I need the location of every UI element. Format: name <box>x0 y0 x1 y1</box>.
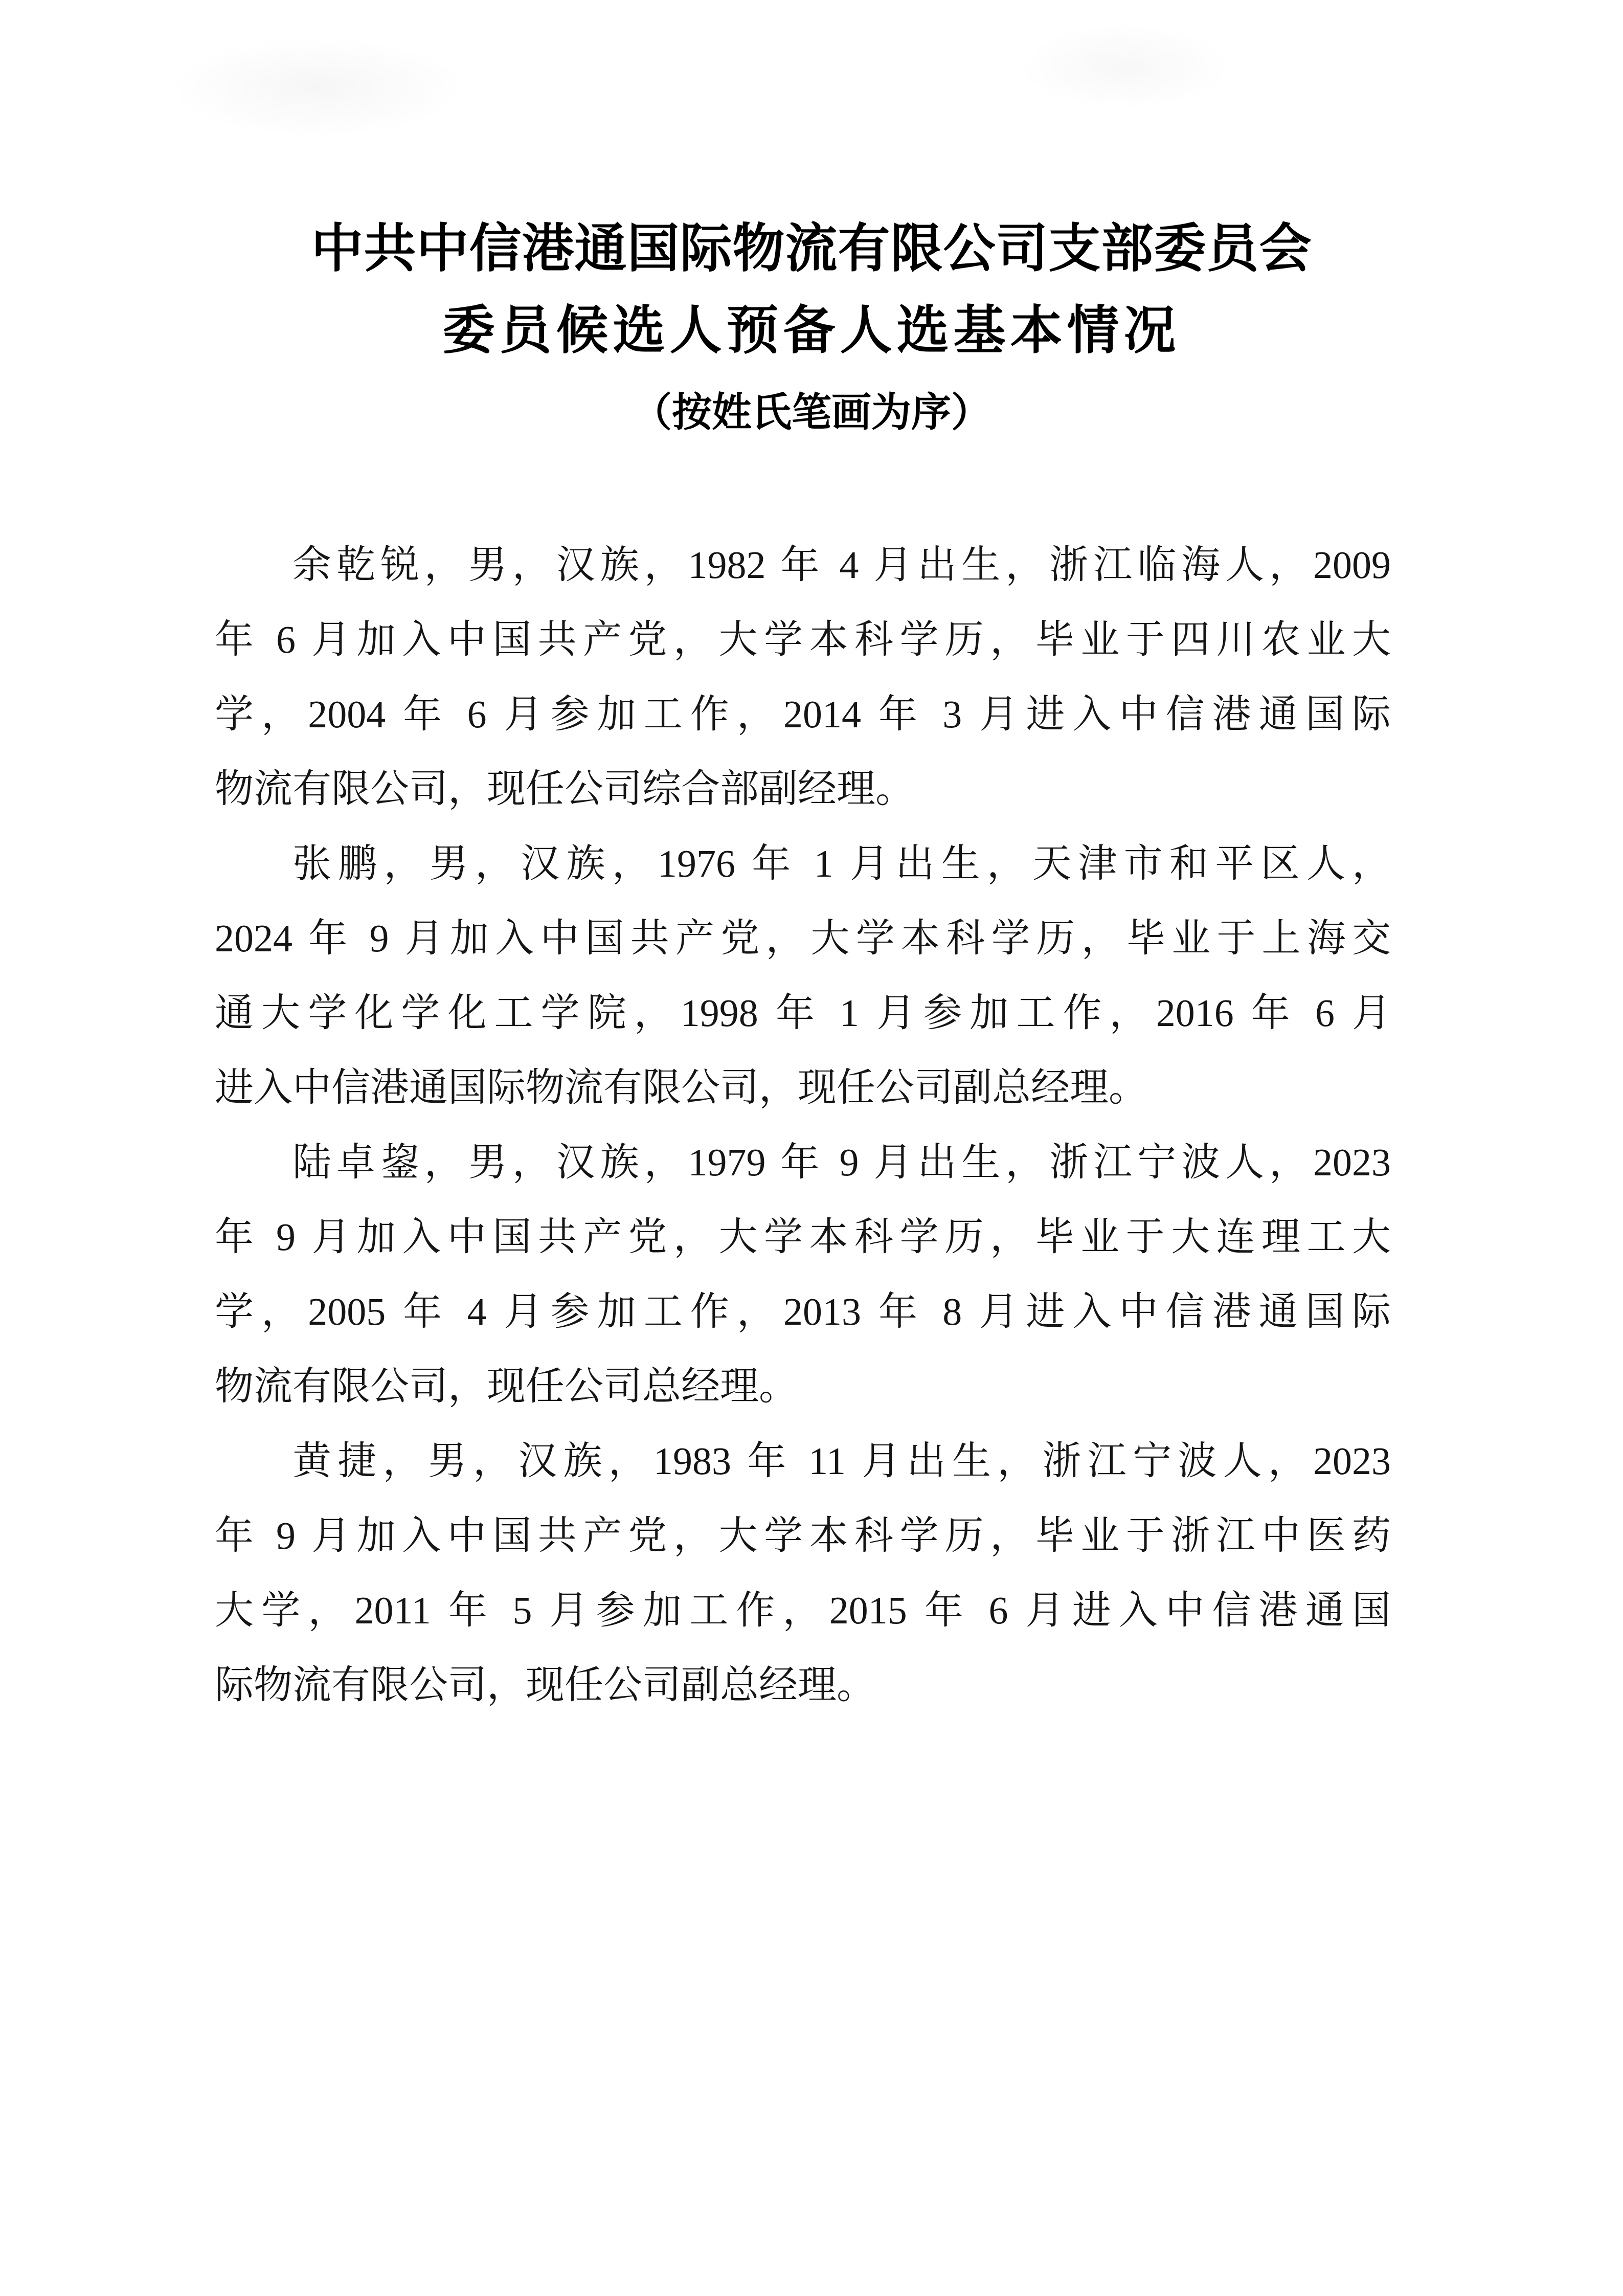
paragraph-line: 进入中信港通国际物流有限公司，现任公司副总经理。 <box>215 1051 1391 1125</box>
document-body: 余乾锐，男，汉族，1982 年 4 月出生，浙江临海人，2009 年 6 月加入… <box>215 528 1391 1723</box>
document-page: 中共中信港通国际物流有限公司支部委员会 委员候选人预备人选基本情况 （按姓氏笔画… <box>0 0 1623 2296</box>
paragraph-line: 年 9 月加入中国共产党，大学本科学历，毕业于大连理工大 <box>215 1200 1391 1275</box>
bio-paragraph: 张鹏，男，汉族，1976 年 1 月出生，天津市和平区人， 2024 年 9 月… <box>215 827 1391 1125</box>
paragraph-line: 际物流有限公司，现任公司副总经理。 <box>215 1648 1391 1723</box>
title-line-2: 委员候选人预备人选基本情况 <box>0 291 1623 372</box>
paragraph-line: 学，2004 年 6 月参加工作，2014 年 3 月进入中信港通国际 <box>215 677 1391 752</box>
paragraph-line: 黄捷，男，汉族，1983 年 11 月出生，浙江宁波人，2023 <box>215 1424 1391 1499</box>
paragraph-line: 陆卓鋆，男，汉族，1979 年 9 月出生，浙江宁波人，2023 <box>215 1125 1391 1200</box>
paragraph-line: 年 9 月加入中国共产党，大学本科学历，毕业于浙江中医药 <box>215 1499 1391 1573</box>
paragraph-line: 年 6 月加入中国共产党，大学本科学历，毕业于四川农业大 <box>215 603 1391 677</box>
paragraph-line: 学，2005 年 4 月参加工作，2013 年 8 月进入中信港通国际 <box>215 1275 1391 1349</box>
bio-paragraph: 黄捷，男，汉族，1983 年 11 月出生，浙江宁波人，2023 年 9 月加入… <box>215 1424 1391 1723</box>
paragraph-line: 物流有限公司，现任公司综合部副经理。 <box>215 752 1391 827</box>
bio-paragraph: 余乾锐，男，汉族，1982 年 4 月出生，浙江临海人，2009 年 6 月加入… <box>215 528 1391 827</box>
paragraph-line: 物流有限公司，现任公司总经理。 <box>215 1349 1391 1424</box>
paragraph-line: 余乾锐，男，汉族，1982 年 4 月出生，浙江临海人，2009 <box>215 528 1391 603</box>
title-line-1: 中共中信港通国际物流有限公司支部委员会 <box>0 209 1623 291</box>
bio-paragraph: 陆卓鋆，男，汉族，1979 年 9 月出生，浙江宁波人，2023 年 9 月加入… <box>215 1125 1391 1424</box>
paragraph-line: 通大学化学化工学院，1998 年 1 月参加工作，2016 年 6 月 <box>215 976 1391 1051</box>
paragraph-line: 2024 年 9 月加入中国共产党，大学本科学历，毕业于上海交 <box>215 901 1391 976</box>
paragraph-line: 张鹏，男，汉族，1976 年 1 月出生，天津市和平区人， <box>215 827 1391 901</box>
paragraph-line: 大学，2011 年 5 月参加工作，2015 年 6 月进入中信港通国 <box>215 1573 1391 1648</box>
document-subtitle: （按姓氏笔画为序） <box>0 385 1623 441</box>
document-title: 中共中信港通国际物流有限公司支部委员会 委员候选人预备人选基本情况 <box>0 209 1623 372</box>
